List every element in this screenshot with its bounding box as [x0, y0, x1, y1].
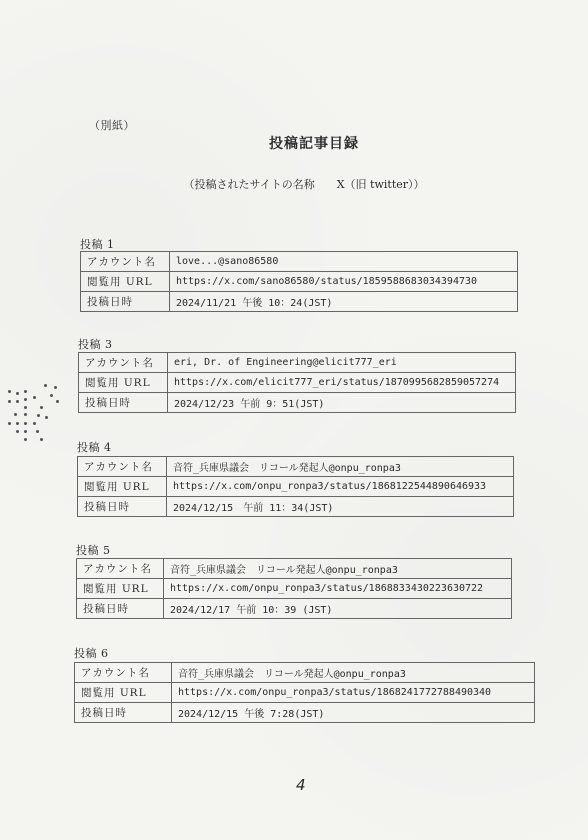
- page-number: 4: [296, 776, 306, 794]
- post-heading: 投稿 3: [78, 336, 113, 352]
- post-table: アカウント名 love...@sano86580 閲覧用 URL https:/…: [80, 251, 518, 312]
- table-row-url: 閲覧用 URL https://x.com/onpu_ronpa3/status…: [75, 683, 535, 703]
- datetime-label: 投稿日時: [81, 292, 170, 312]
- datetime-value: 2024/12/23 午前 9：51(JST): [168, 393, 516, 413]
- datetime-label: 投稿日時: [79, 393, 168, 413]
- account-label: アカウント名: [78, 457, 167, 477]
- scan-dot-artifact: [4, 378, 64, 448]
- document-subtitle: （投稿されたサイトの名称 X（旧 twitter））: [0, 176, 588, 192]
- table-row-datetime: 投稿日時 2024/12/17 午前 10：39 (JST): [77, 599, 512, 619]
- table-row-datetime: 投稿日時 2024/12/23 午前 9：51(JST): [79, 393, 516, 413]
- post-table: アカウント名 音符_兵庫県議会 リコール発起人@onpu_ronpa3 閲覧用 …: [74, 662, 535, 723]
- account-value: love...@sano86580: [170, 252, 518, 272]
- table-row-datetime: 投稿日時 2024/11/21 午後 10：24(JST): [81, 292, 518, 312]
- url-value: https://x.com/onpu_ronpa3/status/1868241…: [172, 683, 535, 703]
- attachment-label: （別紙）: [89, 117, 135, 133]
- account-value: 音符_兵庫県議会 リコール発起人@onpu_ronpa3: [167, 457, 514, 477]
- post-heading: 投稿 6: [74, 645, 109, 661]
- document-title: 投稿記事目録: [0, 133, 588, 153]
- account-label: アカウント名: [75, 663, 172, 683]
- url-label: 閲覧用 URL: [78, 477, 167, 497]
- table-row-url: 閲覧用 URL https://x.com/onpu_ronpa3/status…: [78, 477, 514, 497]
- datetime-label: 投稿日時: [75, 703, 172, 723]
- table-row-datetime: 投稿日時 2024/12/15 午後 7:28(JST): [75, 703, 535, 723]
- account-label: アカウント名: [77, 559, 164, 579]
- url-value: https://x.com/sano86580/status/185958868…: [170, 272, 518, 292]
- url-value: https://x.com/onpu_ronpa3/status/1868122…: [167, 477, 514, 497]
- post-table: アカウント名 音符_兵庫県議会 リコール発起人@onpu_ronpa3 閲覧用 …: [77, 456, 514, 517]
- table-row-url: 閲覧用 URL https://x.com/elicit777_eri/stat…: [79, 373, 516, 393]
- url-label: 閲覧用 URL: [81, 272, 170, 292]
- table-row-account: アカウント名 love...@sano86580: [81, 252, 518, 272]
- datetime-label: 投稿日時: [78, 497, 167, 517]
- table-row-account: アカウント名 音符_兵庫県議会 リコール発起人@onpu_ronpa3: [78, 457, 514, 477]
- datetime-value: 2024/11/21 午後 10：24(JST): [170, 292, 518, 312]
- post-heading: 投稿 5: [76, 542, 111, 558]
- url-value: https://x.com/elicit777_eri/status/18709…: [168, 373, 516, 393]
- table-row-account: アカウント名 eri, Dr. of Engineering@elicit777…: [79, 353, 516, 373]
- datetime-value: 2024/12/15 午後 7:28(JST): [172, 703, 535, 723]
- post-heading: 投稿 4: [77, 439, 112, 455]
- url-label: 閲覧用 URL: [77, 579, 164, 599]
- post-heading: 投稿 1: [80, 236, 115, 252]
- datetime-value: 2024/12/15 午前 11：34(JST): [167, 497, 514, 517]
- table-row-url: 閲覧用 URL https://x.com/onpu_ronpa3/status…: [77, 579, 512, 599]
- url-value: https://x.com/onpu_ronpa3/status/1868833…: [164, 579, 512, 599]
- post-table: アカウント名 eri, Dr. of Engineering@elicit777…: [78, 352, 516, 413]
- account-value: 音符_兵庫県議会 リコール発起人@onpu_ronpa3: [172, 663, 535, 683]
- account-value: eri, Dr. of Engineering@elicit777_eri: [168, 353, 516, 373]
- url-label: 閲覧用 URL: [79, 373, 168, 393]
- url-label: 閲覧用 URL: [75, 683, 172, 703]
- datetime-value: 2024/12/17 午前 10：39 (JST): [164, 599, 512, 619]
- table-row-account: アカウント名 音符_兵庫県議会 リコール発起人@onpu_ronpa3: [75, 663, 535, 683]
- account-label: アカウント名: [81, 252, 170, 272]
- post-table: アカウント名 音符_兵庫県議会 リコール発起人@onpu_ronpa3 閲覧用 …: [76, 558, 512, 619]
- account-label: アカウント名: [79, 353, 168, 373]
- table-row-url: 閲覧用 URL https://x.com/sano86580/status/1…: [81, 272, 518, 292]
- datetime-label: 投稿日時: [77, 599, 164, 619]
- account-value: 音符_兵庫県議会 リコール発起人@onpu_ronpa3: [164, 559, 512, 579]
- table-row-datetime: 投稿日時 2024/12/15 午前 11：34(JST): [78, 497, 514, 517]
- table-row-account: アカウント名 音符_兵庫県議会 リコール発起人@onpu_ronpa3: [77, 559, 512, 579]
